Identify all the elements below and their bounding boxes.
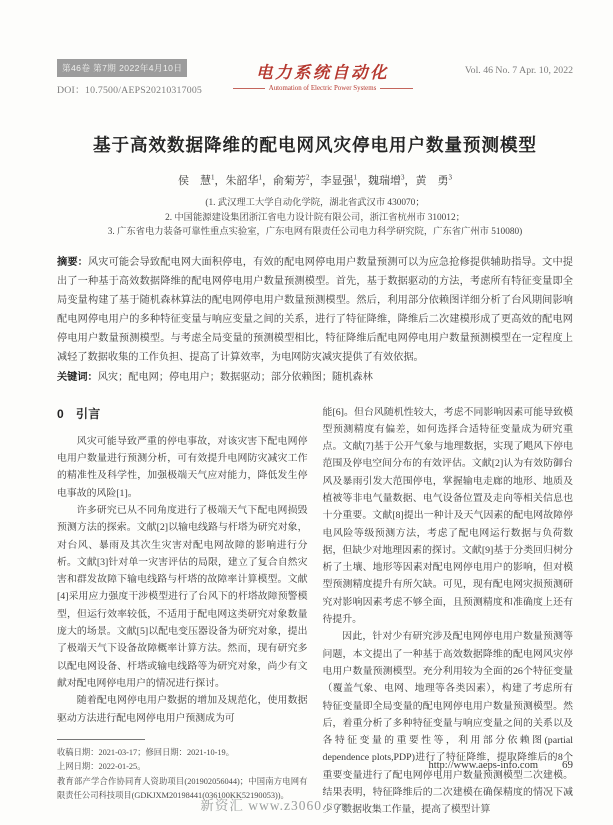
- journal-logo: 电力系统自动化 Automation of Electric Power Sys…: [232, 58, 413, 92]
- paragraph: 风灾可能导致严重的停电事故，对该灾害下配电网停电用户数量进行预测分析，可有效提升…: [57, 433, 308, 502]
- author-name: 俞菊芳: [273, 175, 306, 187]
- authors-line: 侯 慧1，朱韶华1，俞菊芳2，李显强1，魏瑞增3，黄 勇3: [57, 172, 573, 188]
- keywords-text: 风灾；配电网；停电用户；数据驱动；部分依赖图；随机森林: [98, 372, 373, 383]
- author: 俞菊芳2，: [273, 175, 321, 187]
- affiliations: (1. 武汉理工大学自动化学院，湖北省武汉市 430070； 2. 中国能源建设…: [57, 196, 573, 240]
- author-name: 侯 慧: [178, 175, 211, 187]
- author: 黄 勇3: [416, 175, 453, 187]
- paragraph: 能[6]。但台风随机性较大，考虑不同影响因素可能导致模型预测精度有偏差，如何选择…: [323, 404, 574, 629]
- logo-divider-line: [380, 88, 412, 89]
- section-heading-introduction: 0引言: [57, 406, 308, 423]
- watermark-text: 新资汇 www.z3060.com: [0, 794, 553, 814]
- author: 李显强1，: [321, 175, 369, 187]
- author-name: 朱韶华: [226, 175, 259, 187]
- section-number: 0: [57, 407, 64, 421]
- section-title: 引言: [76, 407, 101, 421]
- author: 魏瑞增3，: [368, 175, 416, 187]
- affiliation-line: 3. 广东省电力装备可靠性重点实验室，广东电网有限责任公司电力科学研究院，广东省…: [57, 225, 573, 240]
- author-separator: ，: [215, 175, 226, 187]
- journal-title-en: Automation of Electric Power Systems: [269, 85, 377, 92]
- journal-url-link[interactable]: http://www.aeps-info.com: [428, 760, 538, 771]
- author-name: 魏瑞增: [368, 175, 401, 187]
- footnote-line-online-date: 上网日期：2022-01-25。: [57, 760, 308, 775]
- paragraph: 随着配电网停电用户数据的增加及规范化，使用数据驱动方法进行配电网停电用户预测成为…: [57, 692, 308, 727]
- affiliation-line: 2. 中国能源建设集团浙江省电力设计院有限公司，浙江省杭州市 310012；: [57, 211, 573, 226]
- left-column: 0引言 风灾可能导致严重的停电事故，对该灾害下配电网停电用户数量进行预测分析，可…: [57, 404, 308, 819]
- paper-title: 基于高效数据降维的配电网风灾停电用户数量预测模型: [57, 132, 573, 157]
- abstract-block: 摘要：风灾可能会导致配电网大面积停电，有效的配电网停电用户数量预测可以为应急抢修…: [57, 253, 573, 367]
- body-columns: 0引言 风灾可能导致严重的停电事故，对该灾害下配电网停电用户数量进行预测分析，可…: [57, 404, 573, 819]
- volume-text: Vol. 46 No. 7 Apr. 10, 2022: [413, 65, 573, 76]
- footnote-rule: [57, 739, 145, 740]
- page-number: 69: [562, 759, 573, 771]
- author-separator: ，: [405, 175, 416, 187]
- author-separator: ，: [357, 175, 368, 187]
- abstract-text: 风灾可能会导致配电网大面积停电，有效的配电网停电用户数量预测可以为应急抢修提供辅…: [57, 257, 573, 363]
- author-separator: ，: [310, 175, 321, 187]
- issue-date-badge: 第46卷 第7期 2022年4月10日: [57, 59, 187, 77]
- journal-title-cn: 电力系统自动化: [232, 59, 413, 83]
- paragraph: 因此，针对少有研究涉及配电网停电用户数量预测等问题，本文提出了一种基于高效数据降…: [323, 628, 574, 818]
- affiliation-line: (1. 武汉理工大学自动化学院，湖北省武汉市 430070；: [57, 196, 573, 211]
- logo-divider-line: [233, 88, 265, 89]
- journal-header: 第46卷 第7期 2022年4月10日 DOI：10.7500/AEPS2021…: [57, 58, 573, 96]
- paragraph: 许多研究已从不同角度进行了极端天气下配电网损毁预测方法的探索。文献[2]以输电线…: [57, 502, 308, 692]
- header-right: Vol. 46 No. 7 Apr. 10, 2022: [413, 58, 573, 76]
- header-left: 第46卷 第7期 2022年4月10日 DOI：10.7500/AEPS2021…: [57, 58, 232, 96]
- author-name: 李显强: [321, 175, 354, 187]
- author-separator: ，: [262, 175, 273, 187]
- right-column: 能[6]。但台风随机性较大，考虑不同影响因素可能导致模型预测精度有偏差，如何选择…: [323, 404, 574, 819]
- author: 侯 慧1，: [178, 175, 226, 187]
- author-name: 黄 勇: [416, 175, 449, 187]
- author-superscript: 3: [449, 173, 453, 181]
- abstract-label: 摘要：: [57, 257, 88, 268]
- author: 朱韶华1，: [226, 175, 274, 187]
- keywords-block: 关键词：风灾；配电网；停电用户；数据驱动；部分依赖图；随机森林: [57, 368, 573, 387]
- paper-page: 第46卷 第7期 2022年4月10日 DOI：10.7500/AEPS2021…: [0, 0, 613, 825]
- page-footer: http://www.aeps-info.com 69: [428, 759, 573, 771]
- footnote-line-received-date: 收稿日期：2021-03-17；修回日期：2021-10-19。: [57, 746, 308, 761]
- keywords-label: 关键词：: [57, 372, 98, 383]
- doi-text: DOI：10.7500/AEPS20210317005: [57, 82, 232, 96]
